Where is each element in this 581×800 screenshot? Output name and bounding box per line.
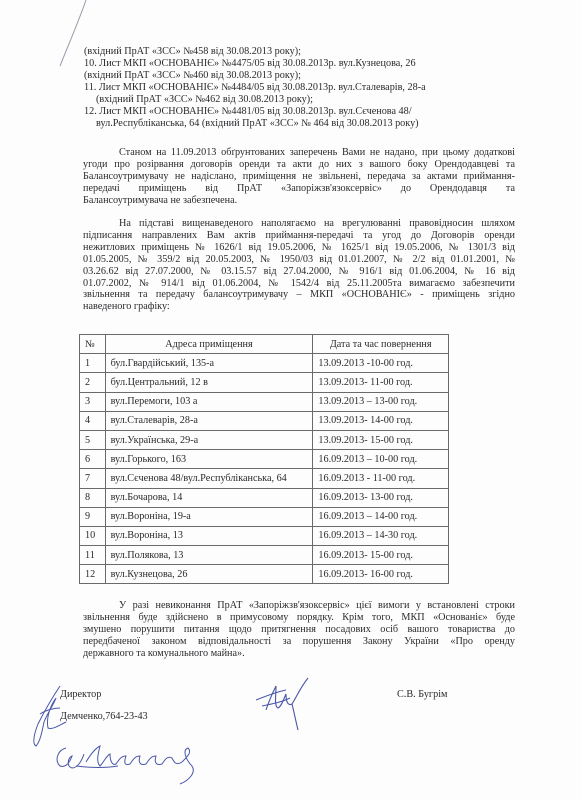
cell-address: вул.Бочарова, 14	[105, 488, 313, 507]
list-line: вул.Республіканська, 64 (вхідний ПрАТ «З…	[96, 118, 419, 130]
cell-address: вул.Полякова, 13	[105, 546, 313, 565]
table-row: 11вул.Полякова, 1316.09.2013- 15-00 год.	[80, 546, 449, 565]
table-row: 5вул.Українська, 29-а13.09.2013- 15-00 г…	[80, 430, 449, 449]
cell-address: бул.Гвардійський, 135-а	[105, 354, 313, 373]
table-row: 3вул.Перемоги, 103 а13.09.2013 – 13-00 г…	[80, 392, 449, 411]
table-row: 8вул.Бочарова, 1416.09.2013- 13-00 год.	[80, 488, 449, 507]
list-line: (вхідний ПрАТ «ЗСС» №460 від 30.08.2013 …	[84, 70, 301, 82]
cell-datetime: 16.09.2013- 15-00 год.	[313, 546, 449, 565]
document-page: (вхідний ПрАТ «ЗСС» №458 від 30.08.2013 …	[0, 0, 581, 800]
cell-number: 7	[80, 469, 106, 488]
director-signature	[252, 676, 314, 732]
cell-datetime: 16.09.2013- 13-00 год.	[313, 488, 449, 507]
executor-contact: Демченко,764-23-43	[60, 711, 148, 723]
table-row: 9вул.Вороніна, 19-а16.09.2013 – 14-00 го…	[80, 507, 449, 526]
cell-datetime: 16.09.2013 – 14-30 год.	[313, 526, 449, 545]
handwritten-name-signature	[52, 738, 212, 790]
cell-number: 5	[80, 430, 106, 449]
cell-number: 10	[80, 526, 106, 545]
paragraph-status: Станом на 11.09.2013 обґрунтованих запер…	[83, 147, 515, 207]
table-row: 7вул.Сєченова 48/вул.Республіканська, 64…	[80, 469, 449, 488]
cell-address: вул.Кузнецова, 26	[105, 565, 313, 584]
cell-number: 3	[80, 392, 106, 411]
cell-address: бул.Центральний, 12 в	[105, 373, 313, 392]
pen-stroke-mark	[30, 0, 90, 70]
list-line: (вхідний ПрАТ «ЗСС» №462 від 30.08.2013 …	[96, 94, 313, 106]
cell-datetime: 13.09.2013- 11-00 год.	[313, 373, 449, 392]
cell-address: вул.Перемоги, 103 а	[105, 392, 313, 411]
cell-address: вул.Українська, 29-а	[105, 430, 313, 449]
paragraph-warning: У разі невиконання ПрАТ «Запоріжзв'язокс…	[83, 600, 515, 660]
table-row: 4вул.Сталеварів, 28-а13.09.2013- 14-00 г…	[80, 411, 449, 430]
cell-number: 9	[80, 507, 106, 526]
column-header-address: Адреса приміщення	[105, 335, 313, 354]
table-body: 1бул.Гвардійський, 135-а13.09.2013 -10-0…	[80, 354, 449, 584]
paragraph-demand: На підставі вищенаведеного наполягаємо н…	[83, 218, 515, 313]
cell-number: 2	[80, 373, 106, 392]
cell-datetime: 16.09.2013 - 11-00 год.	[313, 469, 449, 488]
table-row: 1бул.Гвардійський, 135-а13.09.2013 -10-0…	[80, 354, 449, 373]
list-item-11: 11. Лист МКП «ОСНОВАНІЄ» №4484/05 від 30…	[84, 82, 426, 94]
list-item-12: 12. Лист МКП «ОСНОВАНІЄ» №4481/05 від 30…	[84, 106, 412, 118]
table-row: 6вул.Горького, 16316.09.2013 – 10-00 год…	[80, 450, 449, 469]
cell-datetime: 13.09.2013- 15-00 год.	[313, 430, 449, 449]
table-row: 10вул.Вороніна, 1316.09.2013 – 14-30 год…	[80, 526, 449, 545]
table-row: 12вул.Кузнецова, 2616.09.2013- 16-00 год…	[80, 565, 449, 584]
cell-number: 6	[80, 450, 106, 469]
cell-datetime: 13.09.2013 – 13-00 год.	[313, 392, 449, 411]
cell-datetime: 16.09.2013 – 10-00 год.	[313, 450, 449, 469]
column-header-datetime: Дата та час повернення	[313, 335, 449, 354]
cell-number: 12	[80, 565, 106, 584]
cell-number: 1	[80, 354, 106, 373]
cell-datetime: 16.09.2013 – 14-00 год.	[313, 507, 449, 526]
signer-name: С.В. Бугрім	[397, 689, 447, 701]
cell-address: вул.Сєченова 48/вул.Республіканська, 64	[105, 469, 313, 488]
cell-number: 8	[80, 488, 106, 507]
table-row: 2бул.Центральний, 12 в13.09.2013- 11-00 …	[80, 373, 449, 392]
cell-address: вул.Вороніна, 19-а	[105, 507, 313, 526]
cell-address: вул.Вороніна, 13	[105, 526, 313, 545]
cell-address: вул.Горького, 163	[105, 450, 313, 469]
column-header-number: №	[80, 335, 106, 354]
cell-number: 11	[80, 546, 106, 565]
list-item-10: 10. Лист МКП «ОСНОВАНІЄ» №4475/05 від 30…	[84, 58, 416, 70]
list-line: (вхідний ПрАТ «ЗСС» №458 від 30.08.2013 …	[84, 46, 301, 58]
cell-datetime: 13.09.2013 -10-00 год.	[313, 354, 449, 373]
cell-number: 4	[80, 411, 106, 430]
table-header-row: № Адреса приміщення Дата та час повернен…	[80, 335, 449, 354]
return-schedule-table: № Адреса приміщення Дата та час повернен…	[79, 334, 449, 584]
cell-address: вул.Сталеварів, 28-а	[105, 411, 313, 430]
cell-datetime: 13.09.2013- 14-00 год.	[313, 411, 449, 430]
cell-datetime: 16.09.2013- 16-00 год.	[313, 565, 449, 584]
